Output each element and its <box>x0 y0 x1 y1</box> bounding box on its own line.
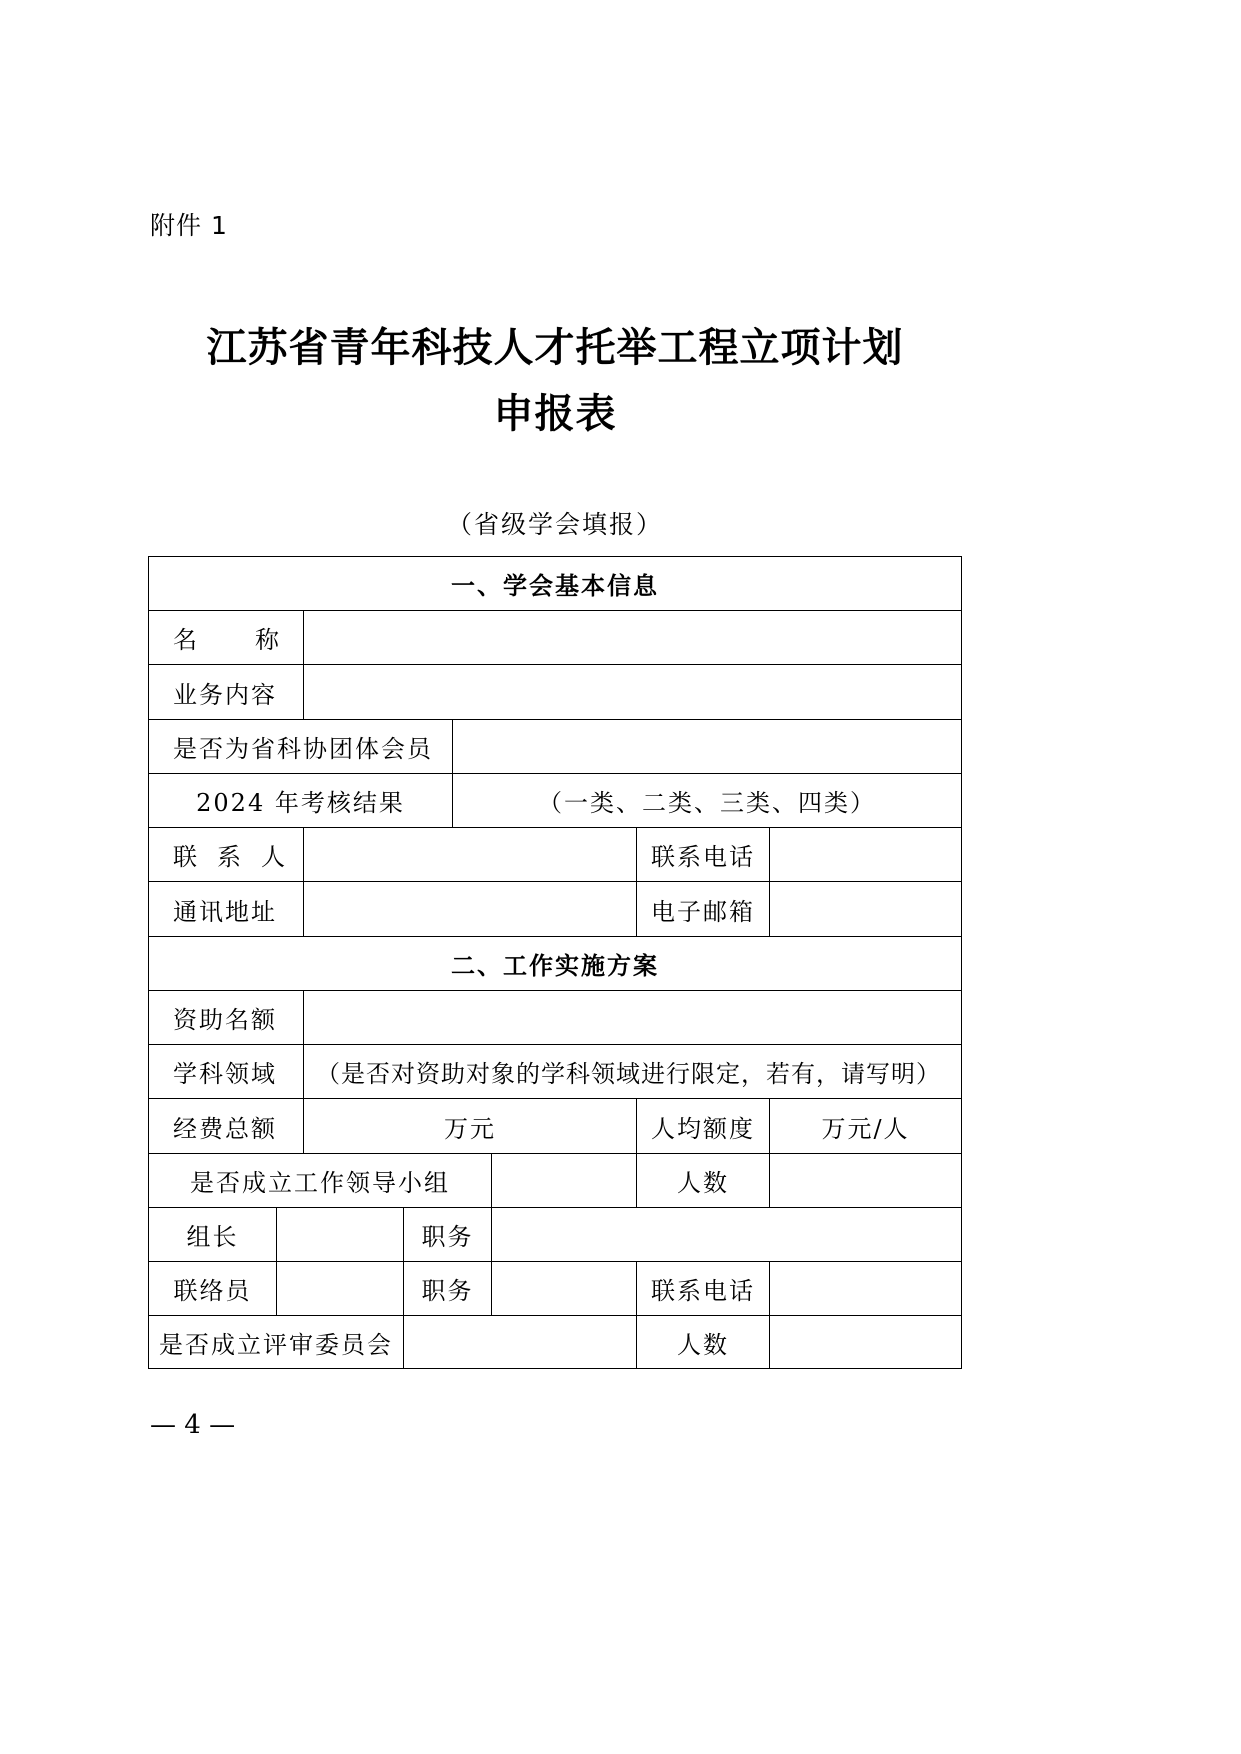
group-leader-input[interactable] <box>277 1208 404 1262</box>
name-input[interactable] <box>304 611 961 665</box>
review-committee-headcount-label: 人数 <box>637 1316 770 1368</box>
contact-phone-label: 联系电话 <box>637 828 770 882</box>
email-label: 电子邮箱 <box>637 882 770 937</box>
name-label: 名称 <box>149 611 304 665</box>
contact-person-label: 联系人 <box>149 828 304 882</box>
contact-phone-input[interactable] <box>770 828 961 882</box>
group-leader-position-label: 职务 <box>404 1208 492 1262</box>
address-label: 通讯地址 <box>149 882 304 937</box>
assessment-result-label: 2024 年考核结果 <box>149 774 453 828</box>
group-leader-position-input[interactable] <box>492 1208 961 1262</box>
discipline-label: 学科领域 <box>149 1045 304 1099</box>
assessment-result-input[interactable]: （一类、二类、三类、四类） <box>453 774 961 828</box>
per-capita-label: 人均额度 <box>637 1099 770 1154</box>
member-status-input[interactable] <box>453 720 961 774</box>
total-funds-label: 经费总额 <box>149 1099 304 1154</box>
document-title-line2: 申报表 <box>0 382 1110 439</box>
leading-group-label: 是否成立工作领导小组 <box>149 1154 492 1208</box>
review-committee-label: 是否成立评审委员会 <box>149 1316 404 1368</box>
member-status-label: 是否为省科协团体会员 <box>149 720 453 774</box>
total-funds-input[interactable]: 万元 <box>304 1099 637 1154</box>
business-scope-input[interactable] <box>304 665 961 720</box>
document-subtitle: （省级学会填报） <box>0 505 1110 541</box>
address-input[interactable] <box>304 882 637 937</box>
group-leader-label: 组长 <box>149 1208 277 1262</box>
liaison-input[interactable] <box>277 1262 404 1316</box>
liaison-label: 联络员 <box>149 1262 277 1316</box>
liaison-position-input[interactable] <box>492 1262 637 1316</box>
leading-group-headcount-input[interactable] <box>770 1154 961 1208</box>
attachment-label: 附件 1 <box>150 206 228 242</box>
liaison-phone-label: 联系电话 <box>637 1262 770 1316</box>
liaison-position-label: 职务 <box>404 1262 492 1316</box>
review-committee-input[interactable] <box>404 1316 637 1368</box>
funding-quota-input[interactable] <box>304 991 961 1045</box>
section-heading-basic-info: 一、学会基本信息 <box>149 557 961 611</box>
per-capita-input[interactable]: 万元/人 <box>770 1099 961 1154</box>
liaison-phone-input[interactable] <box>770 1262 961 1316</box>
email-input[interactable] <box>770 882 961 937</box>
funding-quota-label: 资助名额 <box>149 991 304 1045</box>
document-title: 江苏省青年科技人才托举工程立项计划 <box>0 316 1110 373</box>
contact-person-input[interactable] <box>304 828 637 882</box>
leading-group-headcount-label: 人数 <box>637 1154 770 1208</box>
leading-group-input[interactable] <box>492 1154 637 1208</box>
section-heading-implementation-plan: 二、工作实施方案 <box>149 937 961 991</box>
business-scope-label: 业务内容 <box>149 665 304 720</box>
discipline-input[interactable]: （是否对资助对象的学科领域进行限定，若有，请写明） <box>304 1045 961 1099</box>
page-number: — 4 — <box>150 1410 235 1440</box>
review-committee-headcount-input[interactable] <box>770 1316 961 1368</box>
application-form-table: 一、学会基本信息 名称 业务内容 是否为省科协团体会员 2024 年考核结果 （… <box>148 556 962 1369</box>
